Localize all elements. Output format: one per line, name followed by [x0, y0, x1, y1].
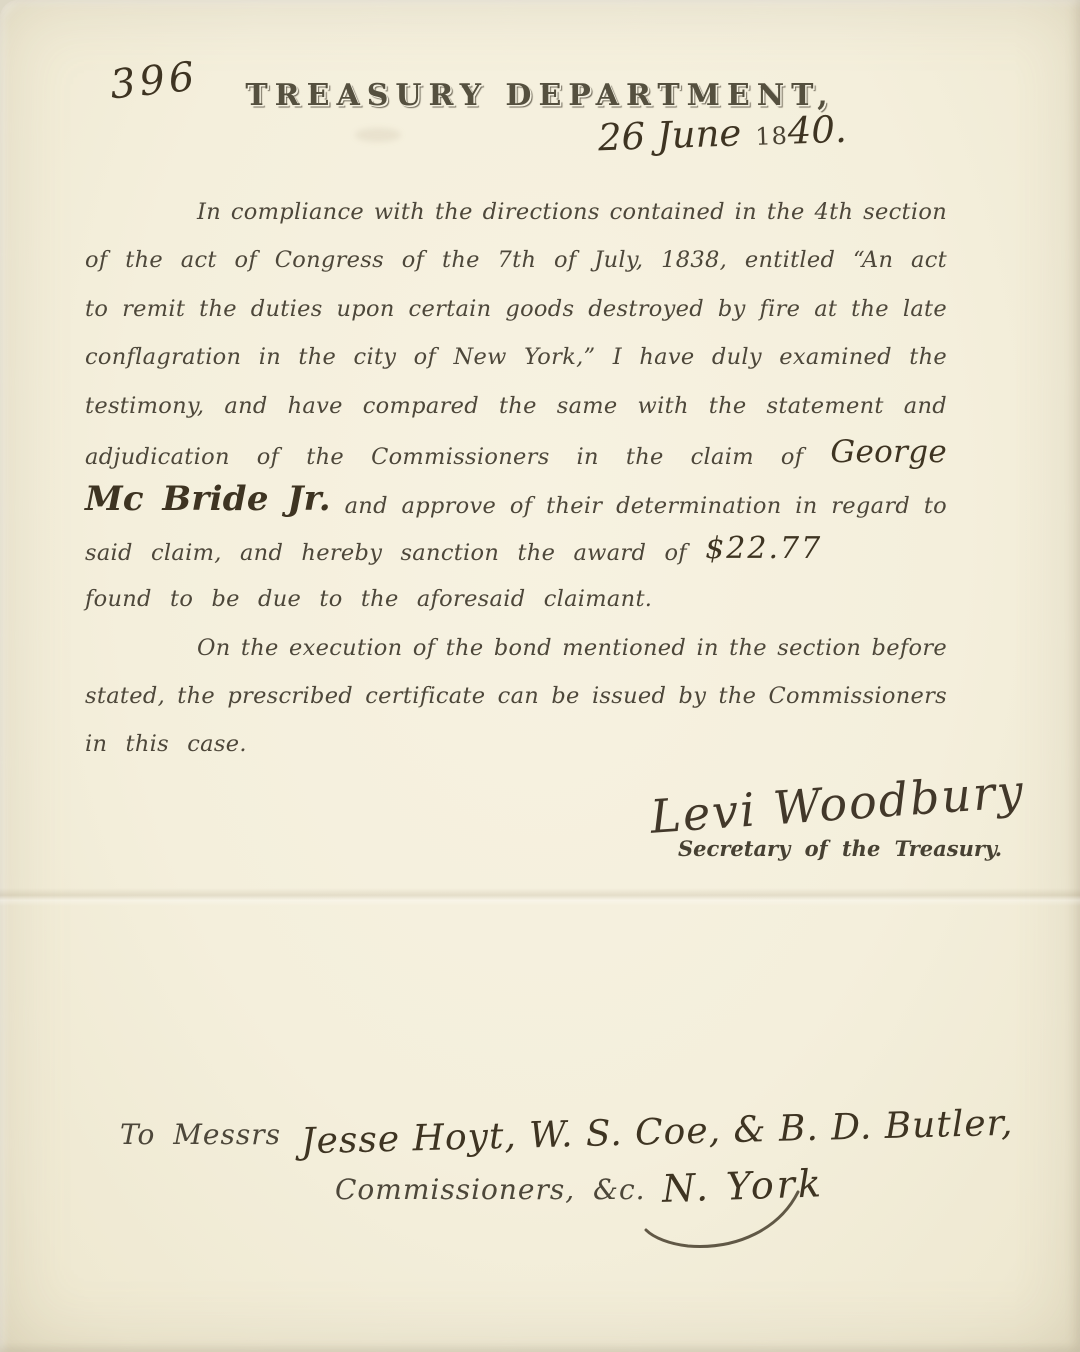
- page-title: TREASURY DEPARTMENT,: [0, 78, 1080, 113]
- body-line: in this case.: [85, 720, 947, 768]
- body-line: of the act of Congress of the 7th of Jul…: [85, 236, 947, 284]
- body-line: In compliance with the directions contai…: [85, 188, 947, 236]
- date-line: 26 June1840.: [597, 108, 847, 160]
- claimant-first-name-handwritten: George: [830, 434, 947, 470]
- addressee-line: To MessrsJesse Hoyt, W. S. Coe, & B. D. …: [120, 1112, 1013, 1153]
- to-messrs-label: To Messrs: [120, 1118, 281, 1151]
- body-line-with-claimant: adjudication of the Commissioners in the…: [85, 430, 947, 478]
- body-line: stated, the prescribed certificate can b…: [85, 672, 947, 720]
- body-line-printed: adjudication of the Commissioners in the…: [85, 444, 803, 470]
- body-line-printed: said claim, and hereby sanction the awar…: [85, 540, 687, 566]
- paper-smudge: [355, 128, 401, 142]
- body-line-printed: and approve of their determination in re…: [345, 493, 947, 519]
- body-line: to remit the duties upon certain goods d…: [85, 285, 947, 333]
- date-printed-century: 18: [755, 122, 789, 151]
- claimant-surname-handwritten: Mc Bride Jr.: [85, 479, 331, 519]
- body-line-with-claimant: Mc Bride Jr. and approve of their determ…: [85, 478, 947, 526]
- commissioners-label: Commissioners, &c.: [335, 1173, 646, 1206]
- document-page: 396 TREASURY DEPARTMENT, 26 June1840. In…: [0, 0, 1080, 1352]
- body-line: conflagration in the city of New York,” …: [85, 333, 947, 381]
- body-line: found to be due to the aforesaid claiman…: [85, 575, 947, 623]
- date-year: 40.: [787, 108, 847, 153]
- body-line: On the execution of the bond mentioned i…: [85, 624, 947, 672]
- fold-crease: [0, 888, 1080, 906]
- body-line-with-award: said claim, and hereby sanction the awar…: [85, 527, 947, 575]
- secretary-title: Secretary of the Treasury.: [678, 836, 1002, 861]
- date-day-month: 26 June: [597, 111, 742, 159]
- award-amount-handwritten: $22.77: [705, 531, 822, 566]
- body-line: testimony, and have compared the same wi…: [85, 382, 947, 430]
- pen-flourish: [640, 1188, 810, 1263]
- letter-body: In compliance with the directions contai…: [85, 188, 947, 769]
